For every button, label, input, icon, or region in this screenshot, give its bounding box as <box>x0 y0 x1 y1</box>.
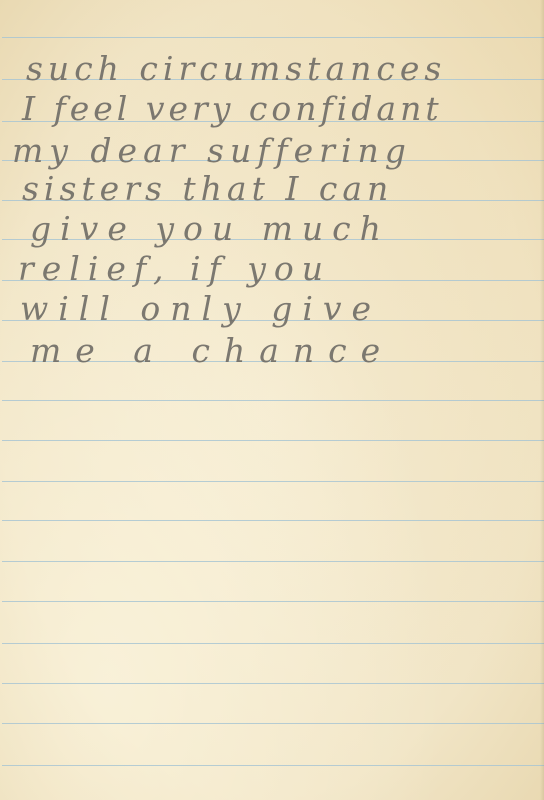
handwritten-line-4: sisters that I can <box>22 172 393 205</box>
letter-page: such circumstances I feel very confidant… <box>0 0 544 800</box>
handwritten-line-3: my dear suffering <box>12 134 412 167</box>
handwritten-line-8: me a chance <box>30 334 394 367</box>
handwritten-line-6: relief, if you <box>18 252 331 285</box>
ruled-line <box>2 723 544 724</box>
ruled-line <box>2 601 544 602</box>
ruled-line <box>2 440 544 441</box>
ruled-line <box>2 520 544 521</box>
ruled-line <box>2 481 544 482</box>
handwritten-line-2: I feel very confidant <box>22 92 443 125</box>
ruled-line <box>2 37 544 38</box>
ruled-line <box>2 765 544 766</box>
ruled-line <box>2 400 544 401</box>
ruled-line <box>2 683 544 684</box>
handwritten-line-7: will only give <box>20 292 381 325</box>
paper-edge <box>540 0 544 800</box>
handwritten-line-1: such circumstances <box>26 52 446 85</box>
ruled-line <box>2 561 544 562</box>
ruled-line <box>2 643 544 644</box>
handwritten-line-5: give you much <box>30 212 390 245</box>
